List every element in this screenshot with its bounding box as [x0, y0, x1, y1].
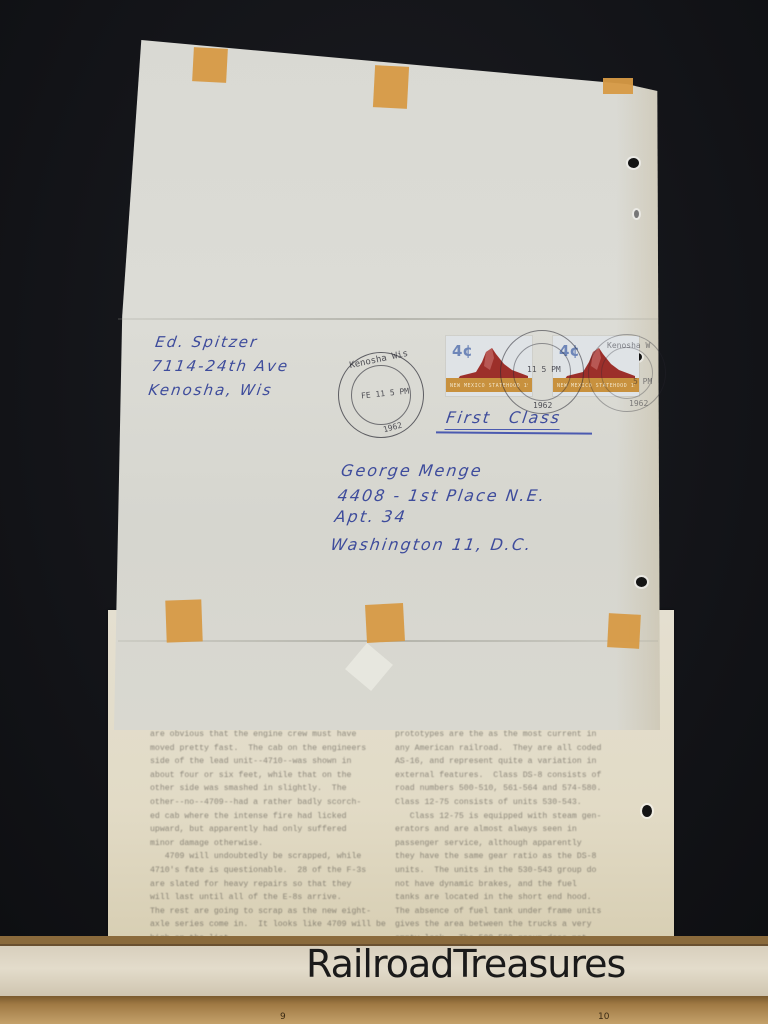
- first-class-word: First: [445, 408, 493, 427]
- punch-hole-mark: [634, 210, 639, 218]
- brand-label: RailroadTreasures: [306, 942, 625, 986]
- punch-hole: [628, 158, 639, 168]
- postmark: Kenosha Wis FE 11 5 PM 1962: [338, 352, 424, 438]
- tape-bottom-center: [365, 603, 405, 643]
- postmark-city: Kenosha W: [607, 341, 650, 350]
- postmark-date: 11 5 PM: [527, 365, 561, 374]
- punch-hole: [642, 805, 652, 817]
- sender-street: 7114-24th Ave: [150, 354, 291, 378]
- ruler-mark: 9: [280, 1012, 286, 1022]
- recipient-apt: Apt. 34: [333, 508, 544, 526]
- recipient-street: 4408 - 1st Place N.E.: [336, 483, 548, 508]
- postmark: 11 5 PM 1962: [500, 330, 584, 414]
- postmark-date: 5 PM: [633, 377, 652, 386]
- first-class-marking: FirstClass: [444, 408, 562, 430]
- sender-city: Kenosha, Wis: [147, 378, 288, 402]
- fold-line: [118, 318, 658, 320]
- postmark: Kenosha W 5 PM 1962: [588, 334, 666, 412]
- tape-top-left: [192, 47, 228, 83]
- typed-text-left-column: are obvious that the engine crew must ha…: [150, 728, 386, 946]
- postmark-year: 1962: [629, 399, 648, 408]
- punch-hole: [636, 577, 647, 587]
- tape-bottom-left: [165, 599, 202, 642]
- tape-top-right: [603, 78, 633, 94]
- recipient-name: George Menge: [339, 458, 551, 483]
- recipient-address: George Menge 4408 - 1st Place N.E. Apt. …: [329, 458, 551, 557]
- recipient-city: Washington 11, D.C.: [329, 532, 541, 557]
- ruler-mark: 10: [598, 1012, 609, 1022]
- return-address: Ed. Spitzer 7114-24th Ave Kenosha, Wis: [147, 330, 294, 402]
- first-class-word: Class: [508, 408, 563, 427]
- typed-text-right-column: prototypes are the as the most current i…: [395, 728, 601, 946]
- tape-top-center: [373, 65, 409, 109]
- sender-name: Ed. Spitzer: [154, 330, 295, 354]
- stamp-denomination: 4¢: [452, 342, 473, 360]
- tape-bottom-right: [607, 613, 641, 649]
